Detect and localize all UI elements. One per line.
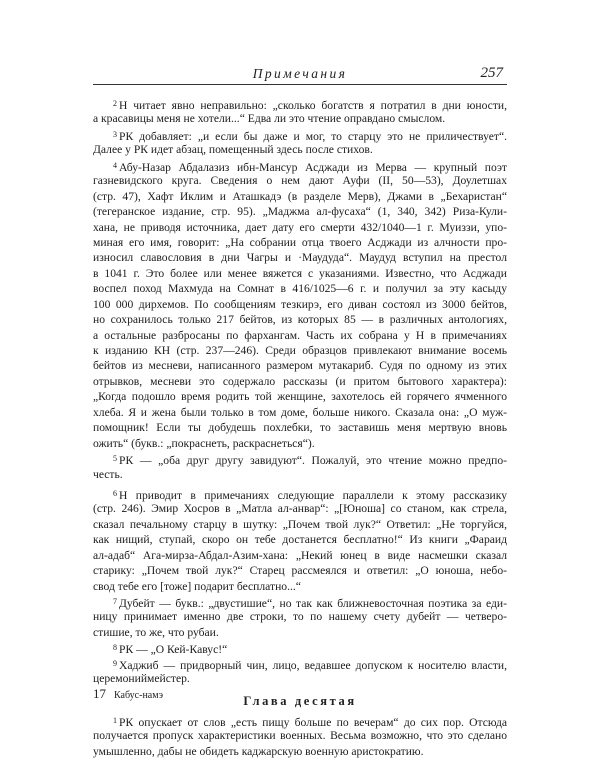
line-text: (тегеранское издание, стр. 95). „Маджма … bbox=[93, 205, 507, 218]
line-text: хлеба. Я и жена были только в том доме, … bbox=[93, 406, 507, 419]
line-text: ожить“ (букв.: „покраснеть, раскраснетьс… bbox=[93, 437, 315, 450]
signature-number: 17 bbox=[93, 686, 106, 701]
line-text: 100 000 дирхемов. По сообщениям тезкирэ,… bbox=[93, 298, 507, 311]
line-text: износил славословия в дни Чагры и ·Мауду… bbox=[93, 251, 507, 264]
text-line: получается пропуск характеристики военны… bbox=[93, 728, 507, 743]
line-text: РК опускает от слов „есть пищу больше по… bbox=[119, 716, 507, 729]
footnote-number: 8 bbox=[113, 643, 117, 652]
footnote-start-line: 3РК добавляет: „и если бы даже и мог, то… bbox=[93, 127, 507, 142]
book-page: Примечания 257 2Н читает явно неправильн… bbox=[0, 0, 600, 765]
line-text: Далее у РК идет абзац, помещенный здесь … bbox=[93, 143, 373, 156]
text-line: Далее у РК идет абзац, помещенный здесь … bbox=[93, 142, 507, 157]
footnote-number: 7 bbox=[113, 597, 117, 606]
text-line: отрывков, месневи это содержало рассказы… bbox=[93, 374, 507, 389]
text-line: в 1041 г. Это более или менее вяжется с … bbox=[93, 266, 507, 281]
text-line: ницу принимает именно две строки, то по … bbox=[93, 609, 507, 624]
line-text: Хаджиб — придворный чин, лицо, ведавшее … bbox=[119, 659, 507, 672]
text-line: износил славословия в дни Чагры и ·Мауду… bbox=[93, 250, 507, 265]
notes-block-chapter-nine: 2Н читает явно неправильно: „сколько бог… bbox=[93, 96, 507, 687]
footnote-start-line: 1РК опускает от слов „есть пищу больше п… bbox=[93, 713, 507, 728]
line-text: честь. bbox=[93, 468, 123, 481]
footnote-start-line: 5РК — „оба друг другу завидуют“. Пожалуй… bbox=[93, 451, 507, 466]
running-title: Примечания bbox=[93, 66, 507, 82]
text-line: 100 000 дирхемов. По сообщениям тезкирэ,… bbox=[93, 297, 507, 312]
text-line: а красавицы меня не хотели...“ Едва ли э… bbox=[93, 111, 507, 126]
footnote-number: 1 bbox=[113, 716, 117, 725]
text-line: а остальные разбросаны по фархангам. Час… bbox=[93, 328, 507, 343]
footnote-start-line: 8РК — „О Кей-Кавус!“ bbox=[93, 640, 507, 655]
text-line: (тегеранское издание, стр. 95). „Маджма … bbox=[93, 204, 507, 219]
text-line: к изданию КН (стр. 237—246). Среди образ… bbox=[93, 343, 507, 358]
line-text: а остальные разбросаны по фархангам. Час… bbox=[93, 329, 507, 342]
line-text: сказал печальному старцу в шутку: „Почем… bbox=[93, 518, 507, 531]
text-line: помощник! Если ты добудешь похлебки, то … bbox=[93, 420, 507, 435]
text-line: сказал печальному старцу в шутку: „Почем… bbox=[93, 517, 507, 532]
header-rule bbox=[93, 84, 507, 85]
text-line: умышленно, дабы не обидеть каджарскую во… bbox=[93, 744, 507, 759]
text-line: воспел поход Махмуда на Сомнат в 416/102… bbox=[93, 281, 507, 296]
text-line: старику: „Почем твой лук?“ Старец рассме… bbox=[93, 563, 507, 578]
text-line: ал-адаб“ Ага-мирза-Абдал-Азим-хана: „Нек… bbox=[93, 548, 507, 563]
page-number: 257 bbox=[481, 65, 504, 82]
text-line: газневидского круга. Сведения о нем дают… bbox=[93, 173, 507, 188]
text-line: свод тебе его [тоже] подарит бесплатно..… bbox=[93, 579, 507, 594]
line-text: в 1041 г. Это более или менее вяжется с … bbox=[93, 267, 507, 280]
signature-title: Кабус-намэ bbox=[114, 690, 163, 701]
footnote-start-line: 9Хаджиб — придворный чин, лицо, ведавшее… bbox=[93, 656, 507, 671]
footnote-start-line: 7Дубейт — букв.: „двустишие“, но так как… bbox=[93, 594, 507, 609]
text-line: но сохранилось только 217 бейтов, из кот… bbox=[93, 312, 507, 327]
text-line: хана, не приводя источника, дает дату ег… bbox=[93, 220, 507, 235]
line-text: хана, не приводя источника, дает дату ег… bbox=[93, 221, 507, 234]
line-text: но сохранилось только 217 бейтов, из кот… bbox=[93, 313, 507, 326]
text-line: миная его имя, говорит: „На собрании отц… bbox=[93, 235, 507, 250]
footnote-number: 6 bbox=[113, 489, 117, 498]
line-text: церемониймейстер. bbox=[93, 672, 190, 685]
text-line: хлеба. Я и жена были только в том доме, … bbox=[93, 405, 507, 420]
line-text: ницу принимает именно две строки, то по … bbox=[93, 610, 507, 623]
line-text: (стр. 47), Хафт Иклим и Аташкадэ (в разд… bbox=[93, 190, 507, 203]
line-text: газневидского круга. Сведения о нем дают… bbox=[93, 174, 507, 187]
line-text: отрывков, месневи это содержало рассказы… bbox=[93, 375, 507, 388]
line-text: РК добавляет: „и если бы даже и мог, то … bbox=[119, 130, 507, 143]
line-text: а красавицы меня не хотели...“ Едва ли э… bbox=[93, 112, 445, 125]
footnote-number: 4 bbox=[113, 161, 117, 170]
footnote-number: 2 bbox=[113, 99, 117, 108]
line-text: умышленно, дабы не обидеть каджарскую во… bbox=[93, 745, 424, 758]
line-text: Н приводит в примечаниях следующие парал… bbox=[119, 489, 507, 502]
line-text: как нищий, ступай, скоро он тебе достане… bbox=[93, 533, 507, 546]
line-text: бейтов из месневи, написанного размером … bbox=[93, 359, 507, 372]
text-line: честь. bbox=[93, 467, 507, 482]
text-line: бейтов из месневи, написанного размером … bbox=[93, 358, 507, 373]
line-text: (стр. 246). Эмир Хосров в „Матла ал-анва… bbox=[93, 502, 507, 515]
footnote-number: 9 bbox=[113, 659, 117, 668]
footnote-start-line: 2Н читает явно неправильно: „сколько бог… bbox=[93, 96, 507, 111]
footnote-number: 5 bbox=[113, 454, 117, 463]
line-text: к изданию КН (стр. 237—246). Среди образ… bbox=[93, 344, 507, 357]
line-text: стишие, то же, что рубаи. bbox=[93, 626, 219, 639]
line-text: Н читает явно неправильно: „сколько бога… bbox=[119, 99, 507, 112]
line-text: свод тебе его [тоже] подарит бесплатно..… bbox=[93, 580, 301, 593]
text-line: (стр. 246). Эмир Хосров в „Матла ал-анва… bbox=[93, 501, 507, 516]
notes-block-chapter-ten: 1РК опускает от слов „есть пищу больше п… bbox=[93, 713, 507, 759]
line-text: воспел поход Махмуда на Сомнат в 416/102… bbox=[93, 282, 507, 295]
text-line: как нищий, ступай, скоро он тебе достане… bbox=[93, 532, 507, 547]
footnote-number: 3 bbox=[113, 130, 117, 139]
running-head: Примечания 257 bbox=[93, 66, 507, 84]
line-text: миная его имя, говорит: „На собрании отц… bbox=[93, 236, 507, 249]
text-line: „Когда подошло время родить той женщине,… bbox=[93, 389, 507, 404]
line-text: РК — „О Кей-Кавус!“ bbox=[119, 643, 227, 656]
text-line: (стр. 47), Хафт Иклим и Аташкадэ (в разд… bbox=[93, 189, 507, 204]
line-text: РК — „оба друг другу завидуют“. Пожалуй,… bbox=[119, 454, 507, 467]
line-text: старику: „Почем твой лук?“ Старец рассме… bbox=[93, 564, 507, 577]
line-text: Абу-Назар Абдалазиз ибн-Мансур Асджади и… bbox=[119, 161, 507, 174]
line-text: Дубейт — букв.: „двустишие“, но так как … bbox=[119, 597, 507, 610]
footnote-start-line: 6Н приводит в примечаниях следующие пара… bbox=[93, 486, 507, 501]
text-line: ожить“ (букв.: „покраснеть, раскраснетьс… bbox=[93, 436, 507, 451]
notes-body: 2Н читает явно неправильно: „сколько бог… bbox=[93, 96, 507, 759]
line-text: получается пропуск характеристики военны… bbox=[93, 729, 507, 742]
footnote-start-line: 4Абу-Назар Абдалазиз ибн-Мансур Асджади … bbox=[93, 158, 507, 173]
line-text: ал-адаб“ Ага-мирза-Абдал-Азим-хана: „Нек… bbox=[93, 549, 507, 562]
text-line: стишие, то же, что рубаи. bbox=[93, 625, 507, 640]
line-text: „Когда подошло время родить той женщине,… bbox=[93, 390, 507, 403]
printer-signature: 17 Кабус-намэ bbox=[93, 685, 163, 703]
line-text: помощник! Если ты добудешь похлебки, то … bbox=[93, 421, 507, 434]
